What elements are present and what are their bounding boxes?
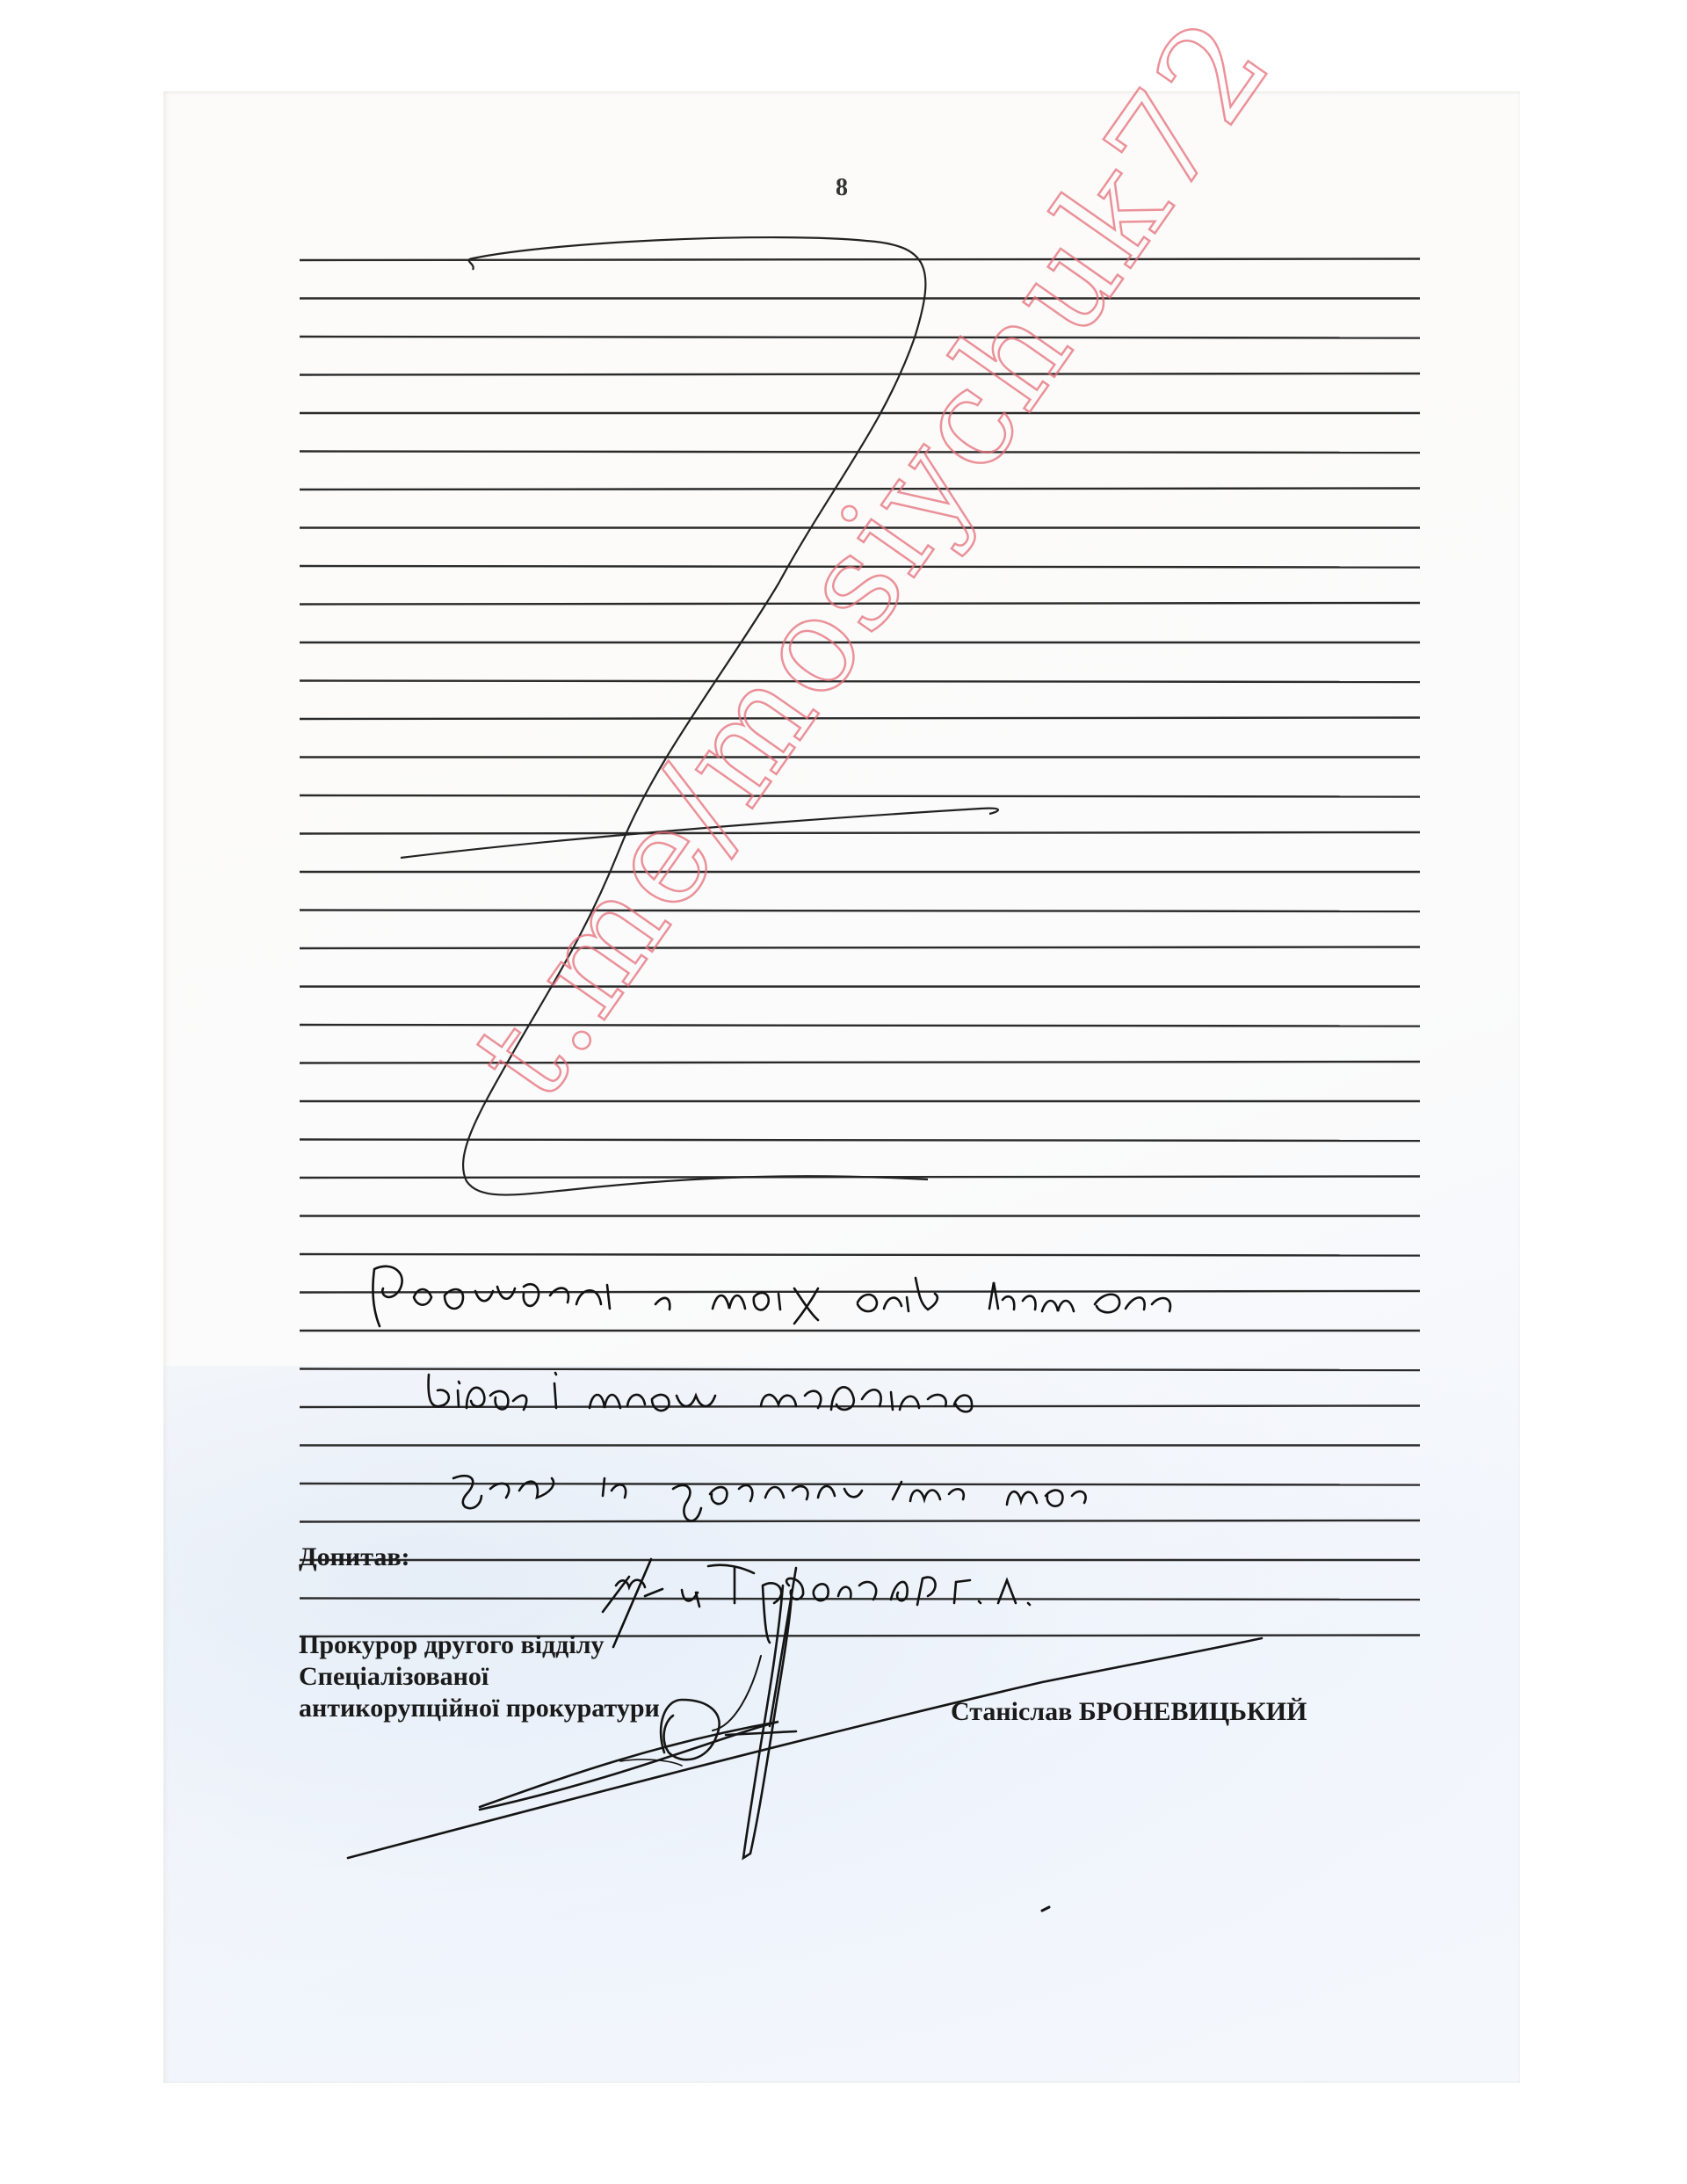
prosecutor-signature [163, 91, 1520, 2083]
document-page: 8 Протокол з мої [163, 91, 1520, 2083]
